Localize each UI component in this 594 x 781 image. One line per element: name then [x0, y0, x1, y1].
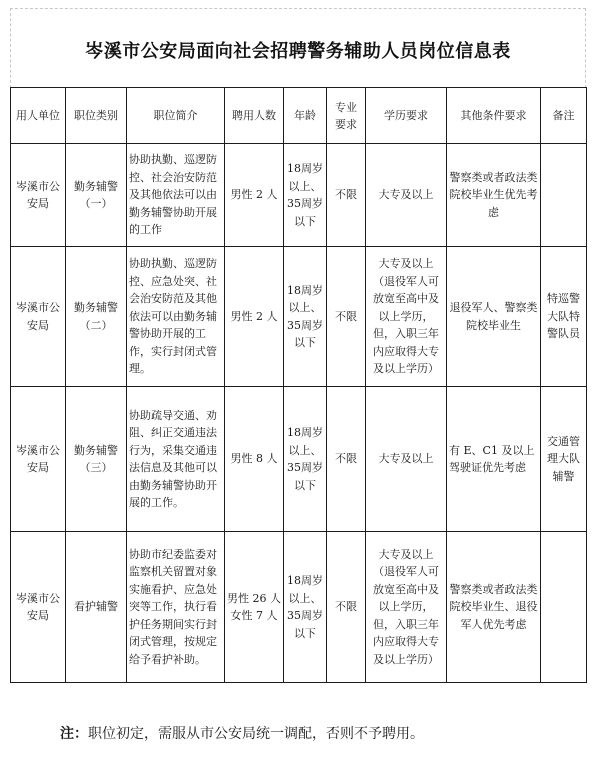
- count-line1: 男性 8 人: [227, 450, 281, 468]
- cell-category: 勤务辅警 （三）: [66, 387, 127, 532]
- cell-other: 退役军人、警察类院校毕业生: [447, 247, 541, 387]
- cell-other: 有 E、C1 及以上驾驶证优先考虑: [447, 387, 541, 532]
- cell-category: 勤务辅警 （二）: [66, 247, 127, 387]
- cell-count: 男性 26 人 女性 7 人: [225, 532, 284, 683]
- cell-unit: 岑溪市公安局: [11, 144, 66, 247]
- cell-education: 大专及以上: [366, 144, 447, 247]
- cell-other: 警察类或者政法类院校毕业生、退役军人优先考虑: [447, 532, 541, 683]
- cell-unit: 岑溪市公安局: [11, 247, 66, 387]
- footnote-label: 注：: [60, 726, 88, 742]
- header-other: 其他条件要求: [447, 88, 541, 144]
- category-line1: 看护辅警: [68, 598, 124, 616]
- header-intro: 职位简介: [127, 88, 225, 144]
- table-row: 岑溪市公安局 看护辅警 协助市纪委监委对监察机关留置对象实施看护、应急处突等工作…: [11, 532, 587, 683]
- table-row: 岑溪市公安局 勤务辅警 （三） 协助疏导交通、劝阻、纠正交通违法行为，采集交通违…: [11, 387, 587, 532]
- title-box: 岑溪市公安局面向社会招聘警务辅助人员岗位信息表: [10, 8, 586, 88]
- cell-category: 勤务辅警 （一）: [66, 144, 127, 247]
- header-age: 年龄: [284, 88, 327, 144]
- header-major-line1: 专业: [329, 99, 363, 116]
- header-education: 学历要求: [366, 88, 447, 144]
- cell-age: 18周岁以上、35周岁以下: [284, 144, 327, 247]
- header-major: 专业 要求: [327, 88, 366, 144]
- table-row: 岑溪市公安局 勤务辅警 （二） 协助执勤、巡逻防控、应急处突、社会治安防范及其他…: [11, 247, 587, 387]
- header-category: 职位类别: [66, 88, 127, 144]
- cell-count: 男性 2 人: [225, 247, 284, 387]
- header-row: 用人单位 职位类别 职位简介 聘用人数 年龄 专业 要求 学历要求 其他条件要求…: [11, 88, 587, 144]
- cell-count: 男性 2 人: [225, 144, 284, 247]
- table-row: 岑溪市公安局 勤务辅警 （一） 协助执勤、巡逻防控、社会治安防范及其他依法可以由…: [11, 144, 587, 247]
- cell-education: 大专及以上: [366, 387, 447, 532]
- cell-unit: 岑溪市公安局: [11, 532, 66, 683]
- cell-unit: 岑溪市公安局: [11, 387, 66, 532]
- cell-major: 不限: [327, 532, 366, 683]
- cell-age: 18周岁以上、35周岁以下: [284, 247, 327, 387]
- category-line1: 勤务辅警: [68, 178, 124, 196]
- header-count: 聘用人数: [225, 88, 284, 144]
- cell-age: 18周岁以上、35周岁以下: [284, 387, 327, 532]
- header-major-line2: 要求: [329, 116, 363, 133]
- cell-age: 18周岁以上、35周岁以下: [284, 532, 327, 683]
- header-remark: 备注: [541, 88, 587, 144]
- cell-intro: 协助市纪委监委对监察机关留置对象实施看护、应急处突等工作，执行看护任务期间实行封…: [127, 532, 225, 683]
- category-line2: （二）: [68, 317, 124, 335]
- header-unit: 用人单位: [11, 88, 66, 144]
- cell-intro: 协助执勤、巡逻防控、社会治安防范及其他依法可以由勤务辅警协助开展的工作: [127, 144, 225, 247]
- cell-major: 不限: [327, 247, 366, 387]
- cell-major: 不限: [327, 387, 366, 532]
- footnote-text: 职位初定，需服从市公安局统一调配，否则不予聘用。: [88, 726, 424, 742]
- count-line2: 女性 7 人: [227, 607, 281, 625]
- cell-remark: [541, 144, 587, 247]
- cell-count: 男性 8 人: [225, 387, 284, 532]
- category-line1: 勤务辅警: [68, 299, 124, 317]
- category-line1: 勤务辅警: [68, 442, 124, 460]
- cell-remark: 特巡警大队特警队员: [541, 247, 587, 387]
- cell-remark: 交通管理大队辅警: [541, 387, 587, 532]
- cell-education: 大专及以上（退役军人可放宽至高中及以上学历，但，入职三年内应取得大专及以上学历）: [366, 247, 447, 387]
- positions-table: 用人单位 职位类别 职位简介 聘用人数 年龄 专业 要求 学历要求 其他条件要求…: [10, 87, 587, 683]
- footnote: 注：职位初定，需服从市公安局统一调配，否则不予聘用。: [24, 720, 544, 749]
- cell-education: 大专及以上（退役军人可放宽至高中及以上学历，但，入职三年内应取得大专及以上学历）: [366, 532, 447, 683]
- count-line1: 男性 2 人: [227, 186, 281, 204]
- cell-intro: 协助疏导交通、劝阻、纠正交通违法行为，采集交通违法信息及其他可以由勤务辅警协助开…: [127, 387, 225, 532]
- count-line1: 男性 26 人: [227, 590, 281, 608]
- cell-major: 不限: [327, 144, 366, 247]
- category-line2: （三）: [68, 459, 124, 477]
- cell-category: 看护辅警: [66, 532, 127, 683]
- document-title: 岑溪市公安局面向社会招聘警务辅助人员岗位信息表: [85, 37, 511, 63]
- cell-other: 警察类或者政法类院校毕业生优先考虑: [447, 144, 541, 247]
- count-line1: 男性 2 人: [227, 308, 281, 326]
- cell-intro: 协助执勤、巡逻防控、应急处突、社会治安防范及其他依法可以由勤务辅警协助开展的工作…: [127, 247, 225, 387]
- category-line2: （一）: [68, 195, 124, 213]
- cell-remark: [541, 532, 587, 683]
